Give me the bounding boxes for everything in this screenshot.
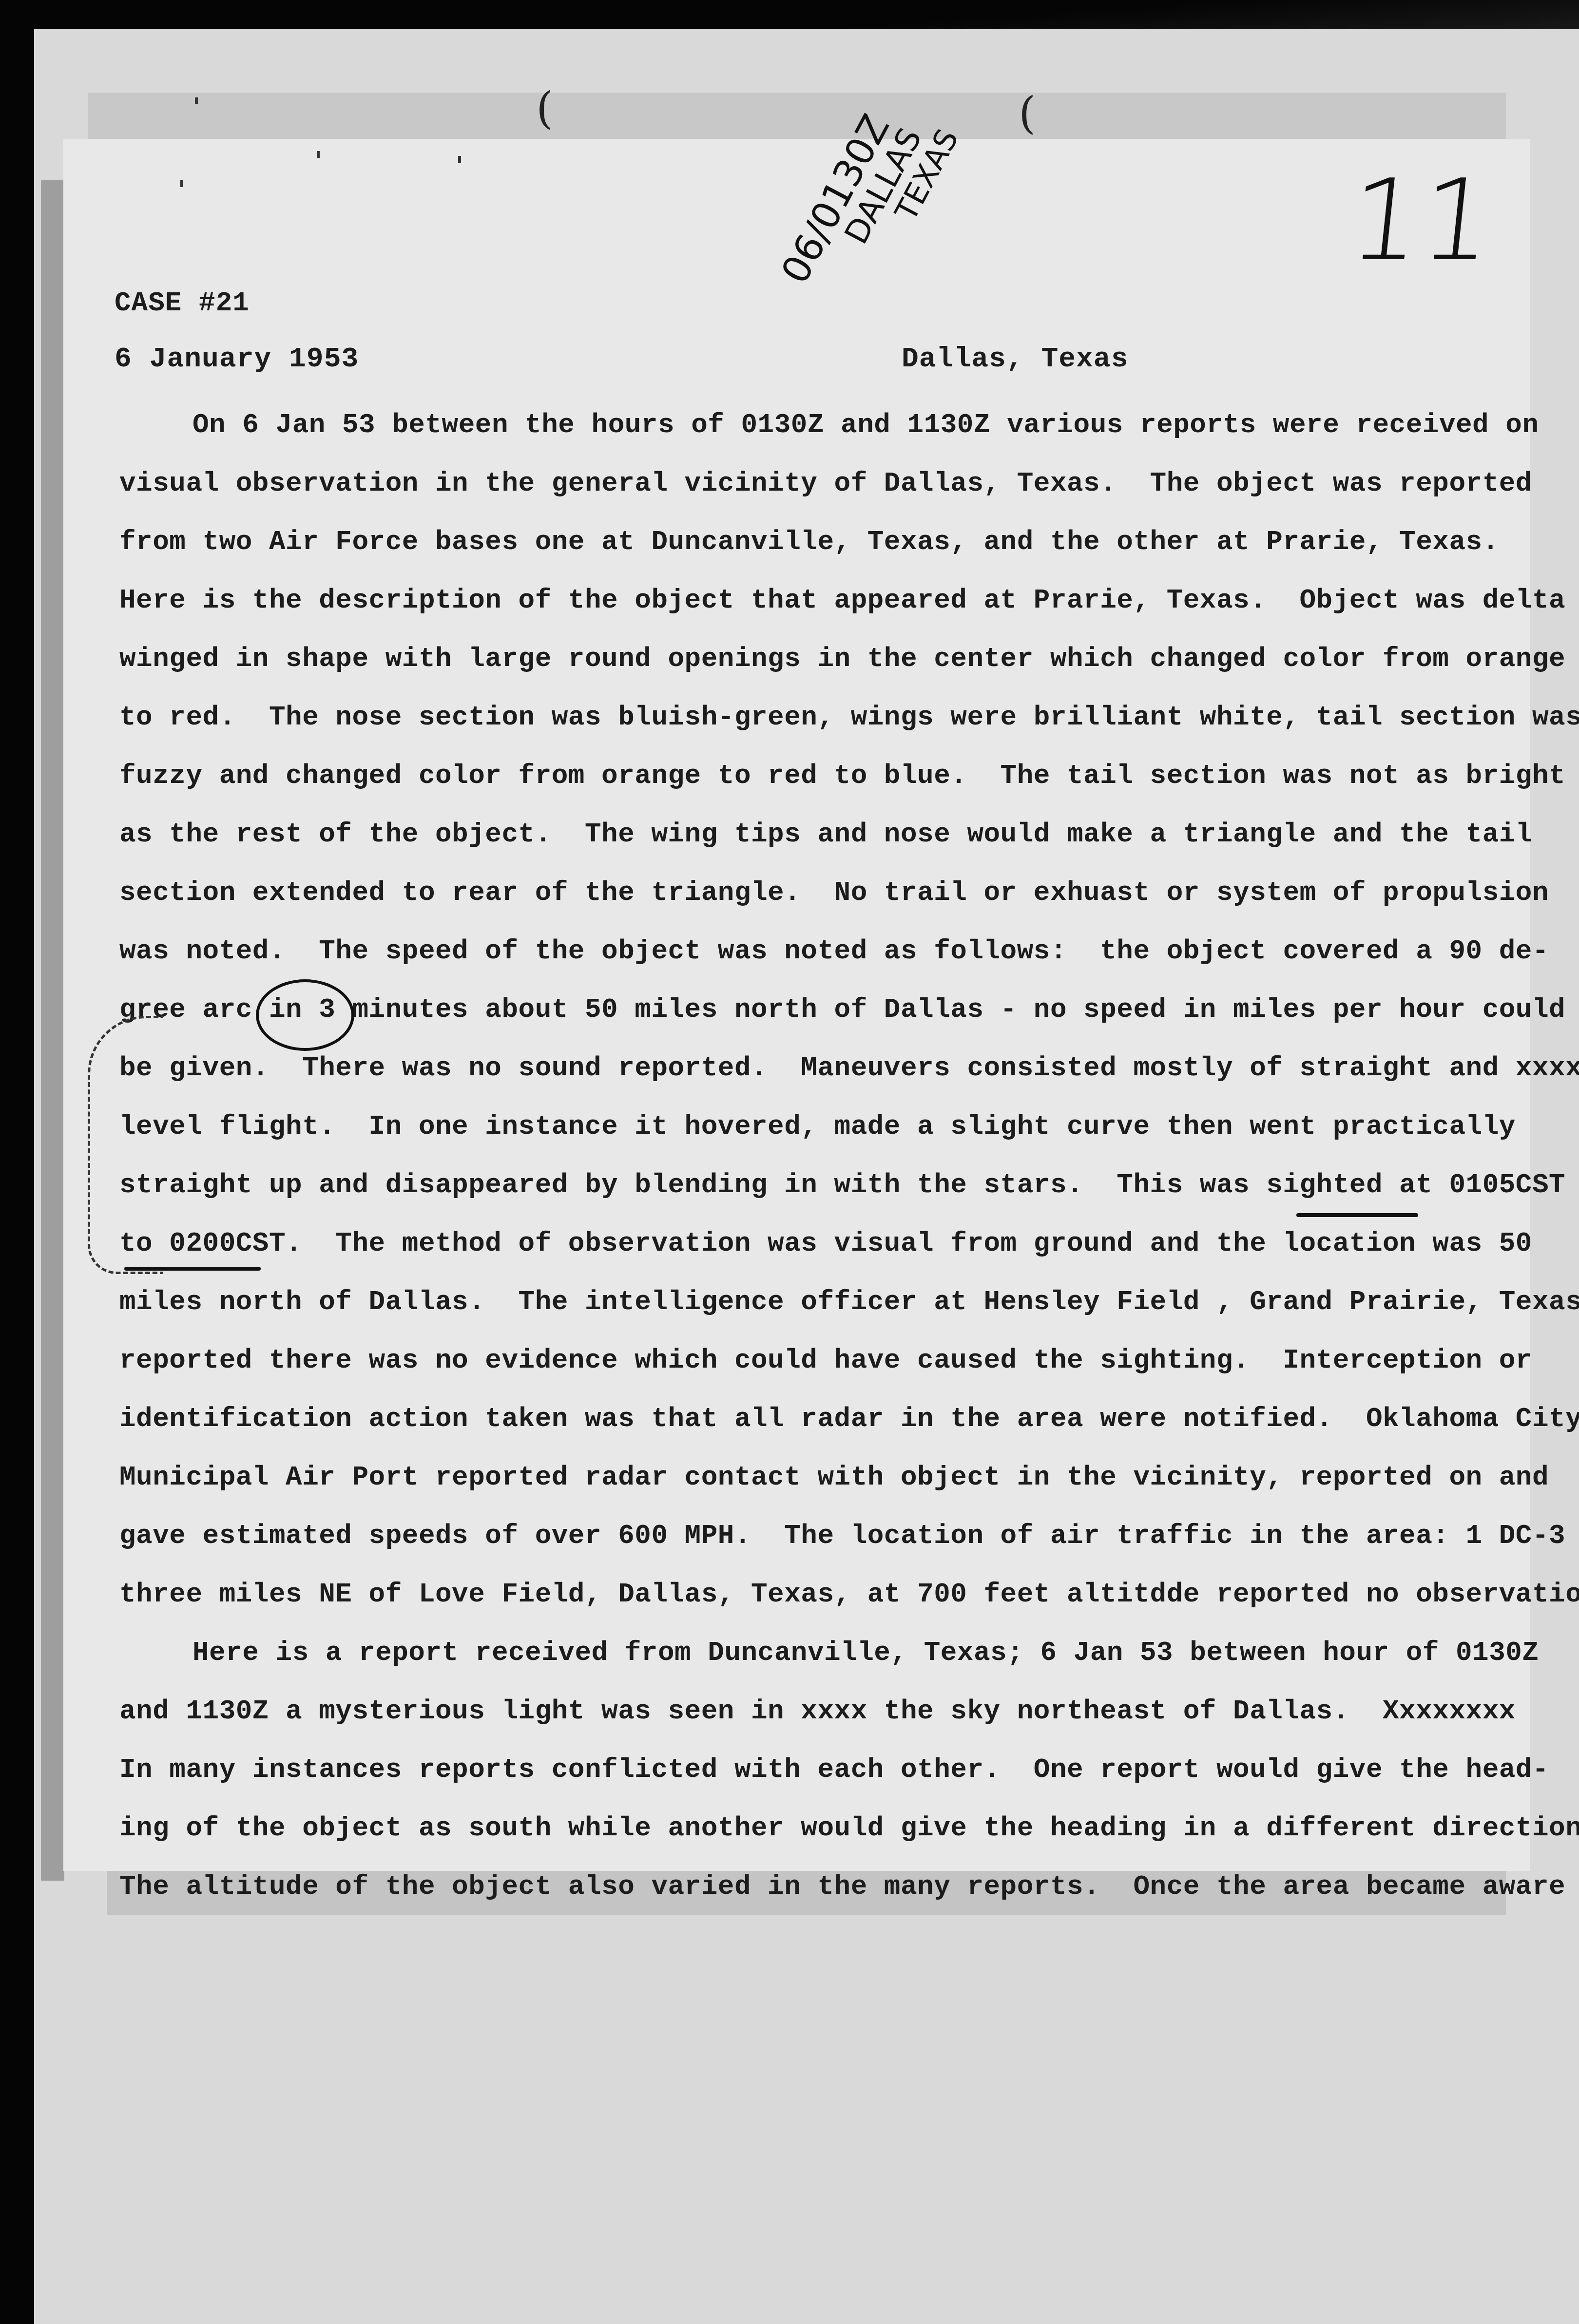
margin-bracket-annotation — [88, 1016, 163, 1274]
body-line: reported there was no evidence which cou… — [119, 1345, 1532, 1376]
underline-annotation — [1296, 1213, 1418, 1217]
body-line: The altitude of the object also varied i… — [119, 1871, 1565, 1902]
body-line: winged in shape with large round opening… — [119, 643, 1565, 674]
speck — [180, 180, 183, 187]
body-line: In many instances reports conflicted wit… — [119, 1754, 1549, 1785]
document-location: Dallas, Texas — [902, 343, 1128, 375]
speck — [458, 156, 461, 163]
body-line: Here is a report received from Duncanvil… — [193, 1637, 1539, 1668]
body-line: Municipal Air Port reported radar contac… — [119, 1462, 1549, 1493]
punch-mark-left: ( — [536, 83, 553, 134]
body-line: as the rest of the object. The wing tips… — [119, 819, 1532, 850]
page-edge-shadow — [41, 180, 64, 1881]
body-line: straight up and disappeared by blending … — [119, 1169, 1565, 1200]
body-line: gave estimated speeds of over 600 MPH. T… — [119, 1520, 1565, 1551]
body-line: On 6 Jan 53 between the hours of 0130Z a… — [193, 409, 1539, 440]
page-number-marker: 11 — [1343, 156, 1500, 286]
body-line: identification action taken was that all… — [119, 1403, 1579, 1434]
body-line: three miles NE of Love Field, Dallas, Te… — [119, 1579, 1579, 1610]
body-line: to red. The nose section was bluish-gree… — [119, 702, 1579, 733]
speck — [317, 151, 320, 158]
case-label: CASE #21 — [115, 287, 250, 319]
speck — [195, 97, 198, 104]
body-line: be given. There was no sound reported. M… — [119, 1052, 1579, 1084]
body-line: was noted. The speed of the object was n… — [119, 935, 1549, 967]
body-line: to 0200CST. The method of observation wa… — [119, 1228, 1532, 1259]
circled-annotation — [256, 979, 354, 1051]
punch-mark-right: ( — [1019, 88, 1036, 139]
body-line: fuzzy and changed color from orange to r… — [119, 760, 1565, 791]
body-line: visual observation in the general vicini… — [119, 468, 1532, 499]
body-line: section extended to rear of the triangle… — [119, 877, 1549, 908]
body-line: and 1130Z a mysterious light was seen in… — [119, 1695, 1516, 1727]
body-line: level flight. In one instance it hovered… — [119, 1111, 1516, 1142]
film-border-left — [0, 0, 34, 2324]
body-line: Here is the description of the object th… — [119, 585, 1565, 616]
body-line: ing of the object as south while another… — [119, 1812, 1579, 1844]
body-line: from two Air Force bases one at Duncanvi… — [119, 526, 1499, 557]
body-line: miles north of Dallas. The intelligence … — [119, 1286, 1579, 1317]
document-date: 6 January 1953 — [115, 343, 359, 375]
